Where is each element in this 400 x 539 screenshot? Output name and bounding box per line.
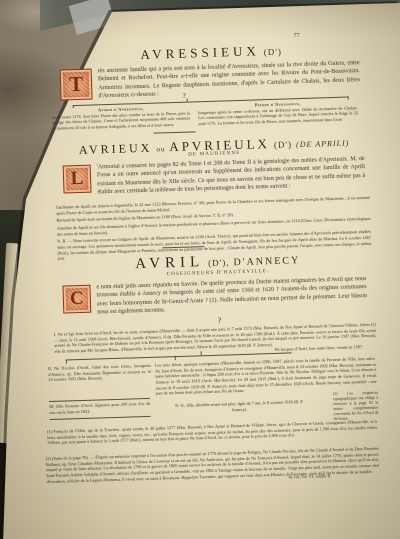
title-annecy: D'ANNECY [233,255,300,268]
title-avressieux: AVRESSIEUX [140,43,260,62]
tree-tick-center [175,356,176,360]
ornate-initial-L: L [63,165,92,194]
page-number: 77 [294,33,300,39]
child-pierre-text: longtemps après la vente ci-dessus, eut … [198,105,358,127]
unknown-ancestor-mark: ? [182,92,186,100]
ornate-initial-C: C [62,285,91,314]
side-note-typographique: (1) Les exigences typographiques ont obl… [333,391,379,423]
bracket-tick-center [187,99,188,102]
tree-tick-up [201,351,202,355]
title-avrieux-suffix: (D') [274,139,292,150]
book-photo: 77 AVRESSIEUX (D') Très ancienne famille… [0,0,400,539]
generation-3-fille: N. N., fille, décédée avant son père, âg… [174,399,304,414]
title-avressieux-suffix: (D') [264,47,282,58]
page-content: 77 AVRESSIEUX (D') Très ancienne famille… [0,0,400,539]
generation-2-jean: Les trois frères, quoique coseigneurs d'… [155,356,377,397]
avrieux-intro: L'Armorial a consacré les pages 82 du To… [63,155,366,198]
generation-3-pernette: III. Dlle Pernette d'Avril, légataire po… [49,401,150,416]
section-divider-1 [154,131,196,133]
avressieux-intro: Très ancienne famille qui a pris son nom… [60,59,361,101]
printer-signature: 4e vol., liv. VI, feuille B. [288,473,331,480]
child-aymon-text: mort avant 1174. Son frère Pierre dut al… [52,110,190,131]
child-pierre: Pierre d'Avressieux, longtemps après la … [198,99,359,127]
title-avril-suffix: (D'), [208,257,230,268]
ornate-initial-T: T [60,69,93,101]
gen3-rule-bottom [50,416,151,420]
footnote-1: (1) François de l'Albe, sgr de la Touviè… [47,419,377,446]
title-avril: AVRIL [135,254,204,272]
generation-2-nicolas: II. Ne Nicolas d'Avril, l'aîné des trois… [48,363,151,383]
tree-tick-left [66,359,67,363]
avril-intro: Ce nom était jadis assez répandu en Savo… [62,275,367,318]
child-aymon: Aymon d'Avressieux, mort avant 1174. Son… [52,104,191,131]
